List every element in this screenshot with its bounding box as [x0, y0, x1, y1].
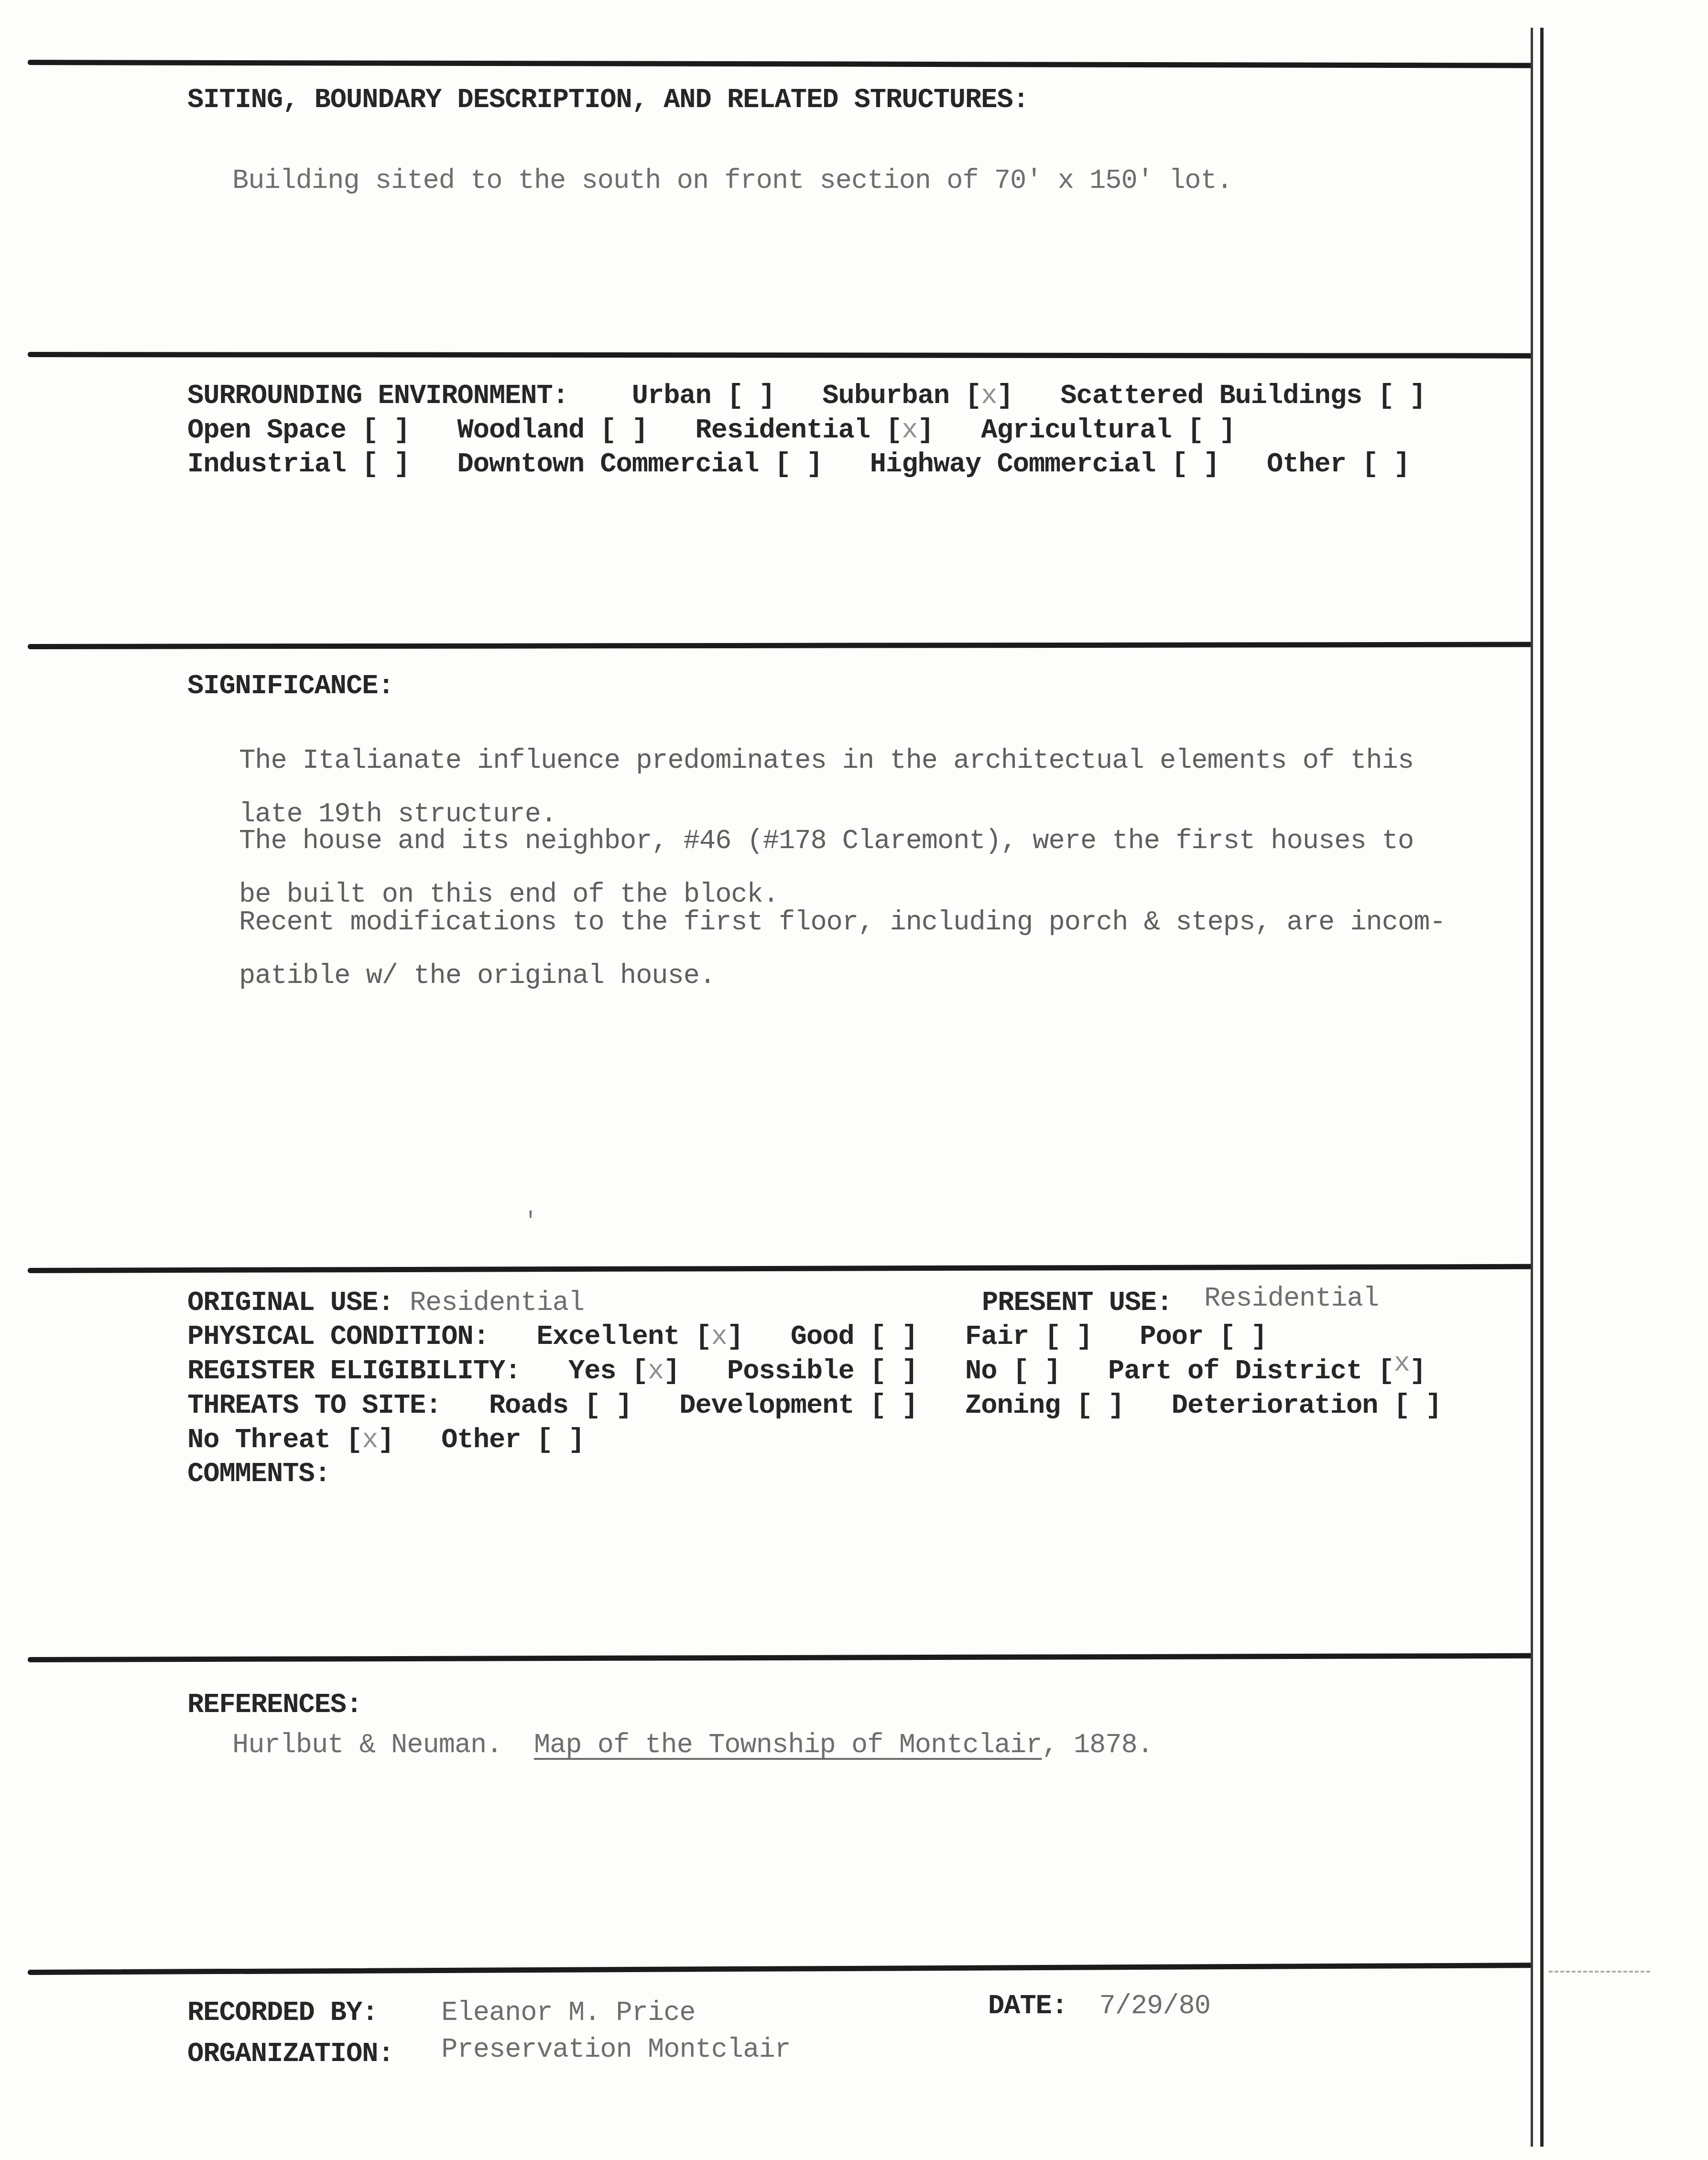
section-divider-environment — [28, 352, 1533, 359]
environment-row-2: Open Space [ ] Woodland [ ] Residential … — [187, 414, 1235, 448]
organization-label: ORGANIZATION: — [187, 2039, 394, 2070]
significance-heading: SIGNIFICANCE: — [187, 669, 394, 704]
organization-row: ORGANIZATION: Preservation Montclair — [187, 2037, 791, 2072]
historic-site-survey-form: SITING, BOUNDARY DESCRIPTION, AND RELATE… — [0, 0, 1708, 2160]
recorded-by-row: RECORDED BY: Eleanor M. PriceDATE: 7/29/… — [187, 1996, 696, 2030]
physical-condition-pre: PHYSICAL CONDITION: Excellent [ — [187, 1322, 711, 1353]
present-use-label: PRESENT USE: — [982, 1288, 1172, 1319]
register-mid: ] Possible [ ] No [ ] Part of District [ — [664, 1356, 1393, 1387]
paragraph-line: The house and its neighbor, #46 (#178 Cl… — [239, 823, 1414, 860]
checkbox-mark-no-threat: x — [362, 1425, 378, 1456]
siting-heading: SITING, BOUNDARY DESCRIPTION, AND RELATE… — [187, 83, 1029, 118]
register-pre: REGISTER ELIGIBILITY: Yes [ — [187, 1356, 648, 1387]
register-eligibility-row: REGISTER ELIGIBILITY: Yes [x] Possible [… — [187, 1354, 1425, 1389]
margin-dash-line — [1549, 1971, 1650, 1973]
right-margin-rule-outer — [1540, 28, 1544, 2147]
date-label: DATE: — [988, 1991, 1067, 2022]
no-threat-pre: No Threat [ — [187, 1425, 362, 1456]
references-heading: REFERENCES: — [187, 1688, 362, 1723]
environment-row-2-pre: Open Space [ ] Woodland [ ] Residential … — [187, 415, 902, 446]
original-use-label: ORIGINAL USE: — [187, 1288, 394, 1319]
significance-paragraph-3: Recent modifications to the first floor,… — [239, 887, 1446, 1012]
present-use-group: PRESENT USE: Residential — [982, 1286, 1379, 1320]
citation-year: , 1878. — [1042, 1730, 1153, 1761]
checkbox-mark-part-of-district: x — [1394, 1349, 1410, 1379]
physical-condition-row: PHYSICAL CONDITION: Excellent [x] Good [… — [187, 1320, 1267, 1354]
environment-row-1: SURROUNDING ENVIRONMENT: Urban [ ] Subur… — [187, 379, 1425, 414]
siting-body: Building sited to the south on front sec… — [232, 164, 1232, 198]
date-group: DATE: 7/29/80 — [988, 1989, 1210, 2024]
no-threat-row: No Threat [x] Other [ ] — [187, 1423, 584, 1458]
section-divider-footer — [28, 1963, 1533, 1975]
paragraph-line: patible w/ the original house. — [239, 958, 1446, 994]
environment-row-1-post: ] Scattered Buildings [ ] — [997, 381, 1426, 412]
recorded-by-label: RECORDED BY: — [187, 1998, 378, 2029]
no-threat-post: ] Other [ ] — [378, 1425, 584, 1456]
comments-label: COMMENTS: — [187, 1457, 330, 1492]
original-use-value: Residential — [394, 1288, 584, 1319]
date-value: 7/29/80 — [1067, 1991, 1210, 2022]
present-use-value: Residential — [1172, 1284, 1379, 1314]
checkbox-mark-suburban: x — [981, 381, 997, 412]
threats-row: THREATS TO SITE: Roads [ ] Development [… — [187, 1389, 1441, 1423]
checkbox-mark-excellent: x — [711, 1322, 727, 1353]
section-divider-top — [28, 60, 1533, 68]
section-divider-significance — [28, 642, 1533, 649]
section-divider-use — [28, 1264, 1533, 1273]
environment-row-2-post: ] Agricultural [ ] — [917, 415, 1235, 446]
paragraph-line: Recent modifications to the first floor,… — [239, 905, 1446, 941]
use-row: ORIGINAL USE: ResidentialPRESENT USE: Re… — [187, 1286, 584, 1320]
physical-condition-post: ] Good [ ] Fair [ ] Poor [ ] — [727, 1322, 1267, 1353]
paragraph-line: The Italianate influence predominates in… — [239, 743, 1414, 779]
section-divider-references — [28, 1653, 1533, 1662]
environment-row-3: Industrial [ ] Downtown Commercial [ ] H… — [187, 447, 1410, 482]
register-post: ] — [1410, 1356, 1425, 1387]
organization-value: Preservation Montclair — [394, 2035, 791, 2065]
checkbox-mark-residential: x — [902, 415, 917, 446]
recorded-by-value: Eleanor M. Price — [378, 1998, 695, 2029]
checkbox-mark-yes: x — [648, 1356, 664, 1387]
references-citation: Hurlbut & Neuman. Map of the Township of… — [232, 1728, 1153, 1763]
right-margin-rule-inner — [1531, 28, 1533, 2147]
stray-typewriter-mark: ' — [523, 1205, 538, 1239]
environment-row-1-pre: SURROUNDING ENVIRONMENT: Urban [ ] Subur… — [187, 381, 981, 412]
citation-title-underlined: Map of the Township of Montclair — [534, 1730, 1042, 1761]
citation-authors: Hurlbut & Neuman. — [232, 1730, 534, 1761]
